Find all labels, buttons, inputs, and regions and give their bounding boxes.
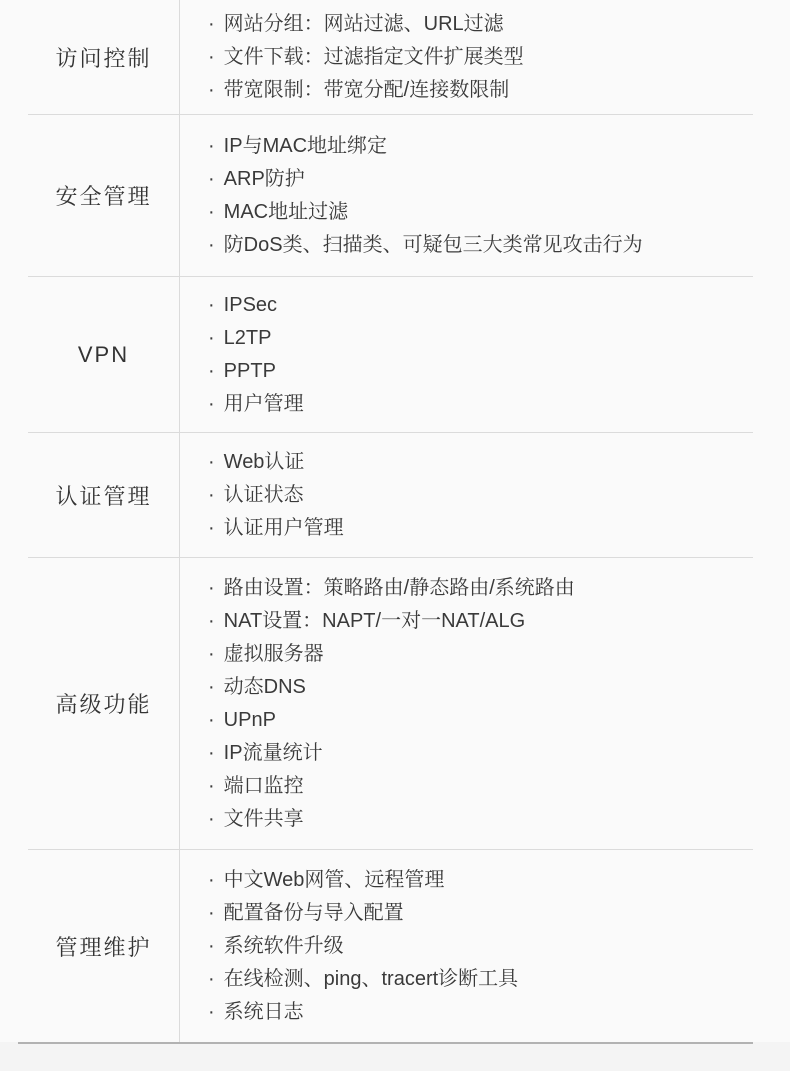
list-item: ·UPnP <box>208 704 753 737</box>
list-item: ·L2TP <box>208 322 753 355</box>
list-item: ·认证状态 <box>208 479 753 512</box>
list-item: ·PPTP <box>208 355 753 388</box>
list-item: ·配置备份与导入配置 <box>208 897 753 930</box>
feature-list: ·IPSec·L2TP·PPTP·用户管理 <box>180 277 753 432</box>
bullet-icon: · <box>208 74 215 107</box>
list-item: ·路由设置：策略路由/静态路由/系统路由 <box>208 572 753 605</box>
list-item: ·系统软件升级 <box>208 930 753 963</box>
content-area: 访问控制·网站分组：网站过滤、URL过滤·文件下载：过滤指定文件扩展类型·带宽限… <box>0 0 790 1042</box>
list-item: ·中文Web网管、远程管理 <box>208 864 753 897</box>
bullet-icon: · <box>208 638 215 671</box>
bullet-icon: · <box>208 897 215 930</box>
feature-item-text: 系统软件升级 <box>224 935 344 957</box>
feature-item-text: 配置备份与导入配置 <box>224 902 404 924</box>
feature-list: ·IP与MAC地址绑定·ARP防护·MAC地址过滤·防DoS类、扫描类、可疑包三… <box>180 115 753 276</box>
category-label: 管理维护 <box>28 850 180 1042</box>
bullet-icon: · <box>208 996 215 1029</box>
list-item: ·用户管理 <box>208 388 753 421</box>
bullet-icon: · <box>208 130 215 163</box>
category-label: 高级功能 <box>28 558 180 849</box>
list-item: ·IPSec <box>208 289 753 322</box>
list-item: ·IP流量统计 <box>208 737 753 770</box>
bullet-icon: · <box>208 446 215 479</box>
bullet-icon: · <box>208 572 215 605</box>
list-item: ·文件下载：过滤指定文件扩展类型 <box>208 41 753 74</box>
list-item: ·IP与MAC地址绑定 <box>208 130 753 163</box>
feature-item-text: UPnP <box>224 709 276 731</box>
list-item: ·认证用户管理 <box>208 512 753 545</box>
feature-list: ·路由设置：策略路由/静态路由/系统路由·NAT设置：NAPT/一对一NAT/A… <box>180 558 753 849</box>
bullet-icon: · <box>208 289 215 322</box>
feature-item-text: 防DoS类、扫描类、可疑包三大类常见攻击行为 <box>224 234 643 256</box>
feature-item-text: 文件共享 <box>224 808 304 830</box>
list-item: ·虚拟服务器 <box>208 638 753 671</box>
bullet-icon: · <box>208 388 215 421</box>
category-label: 安全管理 <box>28 115 180 276</box>
bullet-icon: · <box>208 322 215 355</box>
list-item: ·系统日志 <box>208 996 753 1029</box>
list-item: ·端口监控 <box>208 770 753 803</box>
feature-item-text: 虚拟服务器 <box>224 643 324 665</box>
list-item: ·MAC地址过滤 <box>208 196 753 229</box>
table-bottom-border <box>18 1042 753 1044</box>
list-item: ·带宽限制：带宽分配/连接数限制 <box>208 74 753 107</box>
list-item: ·在线检测、ping、tracert诊断工具 <box>208 963 753 996</box>
feature-item-text: 动态DNS <box>224 676 306 698</box>
feature-item-text: 文件下载：过滤指定文件扩展类型 <box>224 46 524 68</box>
bullet-icon: · <box>208 512 215 545</box>
bullet-icon: · <box>208 479 215 512</box>
list-item: ·防DoS类、扫描类、可疑包三大类常见攻击行为 <box>208 229 753 262</box>
bullet-icon: · <box>208 8 215 41</box>
bullet-icon: · <box>208 671 215 704</box>
feature-list: ·Web认证·认证状态·认证用户管理 <box>180 433 753 557</box>
feature-item-text: 认证状态 <box>224 484 304 506</box>
list-item: ·Web认证 <box>208 446 753 479</box>
feature-item-text: IP流量统计 <box>224 742 323 764</box>
list-item: ·NAT设置：NAPT/一对一NAT/ALG <box>208 605 753 638</box>
feature-item-text: 认证用户管理 <box>224 517 344 539</box>
feature-item-text: MAC地址过滤 <box>224 201 348 223</box>
feature-item-text: L2TP <box>224 327 272 349</box>
bullet-icon: · <box>208 803 215 836</box>
list-item: ·动态DNS <box>208 671 753 704</box>
spec-row: 认证管理·Web认证·认证状态·认证用户管理 <box>28 433 753 558</box>
spec-row: 高级功能·路由设置：策略路由/静态路由/系统路由·NAT设置：NAPT/一对一N… <box>28 558 753 850</box>
list-item: ·文件共享 <box>208 803 753 836</box>
spec-table: 访问控制·网站分组：网站过滤、URL过滤·文件下载：过滤指定文件扩展类型·带宽限… <box>28 0 753 1042</box>
feature-list: ·网站分组：网站过滤、URL过滤·文件下载：过滤指定文件扩展类型·带宽限制：带宽… <box>180 0 753 114</box>
spec-row: 管理维护·中文Web网管、远程管理·配置备份与导入配置·系统软件升级·在线检测、… <box>28 850 753 1042</box>
bullet-icon: · <box>208 737 215 770</box>
bullet-icon: · <box>208 930 215 963</box>
feature-item-text: 中文Web网管、远程管理 <box>224 869 445 891</box>
bullet-icon: · <box>208 864 215 897</box>
feature-item-text: 路由设置：策略路由/静态路由/系统路由 <box>224 577 575 599</box>
bullet-icon: · <box>208 229 215 262</box>
category-label: 访问控制 <box>28 0 180 114</box>
list-item: ·网站分组：网站过滤、URL过滤 <box>208 8 753 41</box>
feature-item-text: IP与MAC地址绑定 <box>224 135 387 157</box>
bullet-icon: · <box>208 163 215 196</box>
feature-item-text: 系统日志 <box>224 1001 304 1023</box>
spec-row: 访问控制·网站分组：网站过滤、URL过滤·文件下载：过滤指定文件扩展类型·带宽限… <box>28 0 753 115</box>
feature-item-text: 在线检测、ping、tracert诊断工具 <box>224 968 519 990</box>
spec-row: VPN·IPSec·L2TP·PPTP·用户管理 <box>28 277 753 433</box>
feature-item-text: 带宽限制：带宽分配/连接数限制 <box>224 79 510 101</box>
feature-item-text: IPSec <box>224 294 277 316</box>
bullet-icon: · <box>208 770 215 803</box>
bullet-icon: · <box>208 605 215 638</box>
bullet-icon: · <box>208 355 215 388</box>
bullet-icon: · <box>208 704 215 737</box>
spec-row: 安全管理·IP与MAC地址绑定·ARP防护·MAC地址过滤·防DoS类、扫描类、… <box>28 115 753 277</box>
bullet-icon: · <box>208 963 215 996</box>
feature-item-text: NAT设置：NAPT/一对一NAT/ALG <box>224 610 526 632</box>
list-item: ·ARP防护 <box>208 163 753 196</box>
feature-item-text: Web认证 <box>224 451 305 473</box>
feature-item-text: 网站分组：网站过滤、URL过滤 <box>224 13 504 35</box>
feature-item-text: ARP防护 <box>224 168 305 190</box>
category-label: VPN <box>28 277 180 432</box>
feature-item-text: 端口监控 <box>224 775 304 797</box>
feature-list: ·中文Web网管、远程管理·配置备份与导入配置·系统软件升级·在线检测、ping… <box>180 850 753 1042</box>
feature-item-text: 用户管理 <box>224 393 304 415</box>
bullet-icon: · <box>208 41 215 74</box>
category-label: 认证管理 <box>28 433 180 557</box>
feature-item-text: PPTP <box>224 360 276 382</box>
bullet-icon: · <box>208 196 215 229</box>
